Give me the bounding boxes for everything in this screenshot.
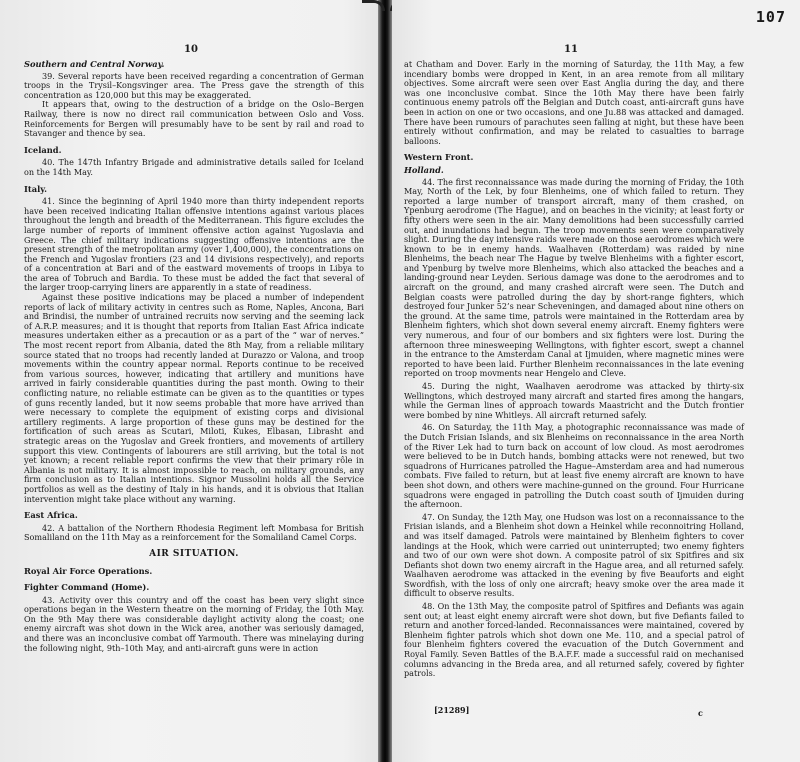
print-code: [21289]: [434, 705, 469, 715]
paragraph-39-cont: It appears that, owing to the destructio…: [24, 100, 364, 138]
left-page: 10 Southern and Central Norway. 39. Seve…: [0, 0, 382, 762]
paragraph-43-cont: at Chatham and Dover. Early in the morni…: [404, 60, 744, 146]
page-number: 11: [564, 44, 578, 55]
paragraph-44: 44. The first reconnaissance was made du…: [404, 178, 744, 379]
document-spread: 10 Southern and Central Norway. 39. Seve…: [0, 0, 800, 762]
paragraph-41: 41. Since the beginning of April 1940 mo…: [24, 197, 364, 293]
right-page: 107 11 at Chatham and Dover. Early in th…: [392, 0, 800, 762]
paragraph-43: 43. Activity over this country and off t…: [24, 596, 364, 654]
subheading-fighter-command: Fighter Command (Home).: [24, 583, 364, 593]
folio-number: 107: [756, 8, 786, 26]
paragraph-39: 39. Several reports have been received r…: [24, 72, 364, 101]
right-text-column: at Chatham and Dover. Early in the morni…: [404, 60, 744, 679]
section-heading-italy: Italy.: [24, 185, 364, 195]
subheading-raf-operations: Royal Air Force Operations.: [24, 567, 364, 577]
subheading-holland: Holland.: [404, 166, 744, 176]
paragraph-46: 46. On Saturday, the 11th May, a photogr…: [404, 423, 744, 509]
left-text-column: Southern and Central Norway. 39. Several…: [24, 60, 364, 653]
section-heading-western-front: Western Front.: [404, 153, 744, 163]
paragraph-42: 42. A battalion of the Northern Rhodesia…: [24, 524, 364, 543]
section-heading-east-africa: East Africa.: [24, 511, 364, 521]
section-heading-iceland: Iceland.: [24, 146, 364, 156]
section-heading-air-situation: AIR SITUATION.: [24, 550, 364, 560]
page-number: 10: [184, 44, 198, 55]
section-heading-norway: Southern and Central Norway.: [24, 60, 364, 70]
book-gutter: [378, 0, 392, 762]
paragraph-47: 47. On Sunday, the 12th May, one Hudson …: [404, 513, 744, 599]
paragraph-41-cont: Against these positive indications may b…: [24, 293, 364, 504]
paragraph-40: 40. The 147th Infantry Brigade and admin…: [24, 158, 364, 177]
paragraph-45: 45. During the night, Waalhaven aerodrom…: [404, 382, 744, 420]
paragraph-48: 48. On the 13th May, the composite patro…: [404, 602, 744, 679]
signature-mark: c: [698, 708, 703, 718]
